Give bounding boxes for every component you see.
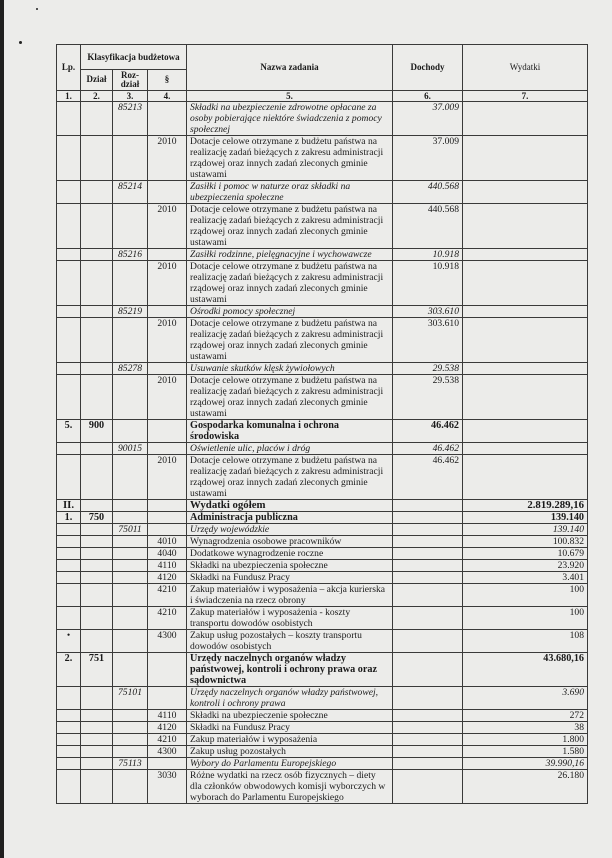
cell-wydatki	[463, 455, 588, 500]
cell-lp	[57, 722, 81, 734]
cell-dochody: 303.610	[393, 318, 463, 363]
table-row-major: II.Wydatki ogółem2.819.289,16	[57, 500, 588, 512]
cell-dzial	[81, 306, 113, 318]
cell-rozdzial	[113, 455, 148, 500]
cell-wydatki: 100	[463, 584, 588, 607]
cell-paragraf: 2010	[148, 204, 187, 249]
cell-rozdzial: 85214	[113, 181, 148, 204]
header-dzial: Dział	[81, 70, 113, 91]
cell-nazwa: Wybory do Parlamentu Europejskiego	[187, 758, 393, 770]
cell-lp: •	[57, 630, 81, 653]
cell-nazwa: Dotacje celowe otrzymane z budżetu państ…	[187, 261, 393, 306]
table-row-paragraf: 2010Dotacje celowe otrzymane z budżetu p…	[57, 455, 588, 500]
cell-paragraf: 4210	[148, 584, 187, 607]
cell-dzial	[81, 363, 113, 375]
cell-dzial	[81, 770, 113, 804]
cell-rozdzial	[113, 261, 148, 306]
table-row-paragraf: 2010Dotacje celowe otrzymane z budżetu p…	[57, 375, 588, 420]
cell-dochody	[393, 536, 463, 548]
cell-wydatki	[463, 136, 588, 181]
table-body: 85213Składki na ubezpieczenie zdrowotne …	[57, 102, 588, 804]
table-row-paragraf: 4210Zakup materiałów i wyposażenia - kos…	[57, 607, 588, 630]
cell-paragraf: 4010	[148, 536, 187, 548]
cell-nazwa: Urzędy wojewódzkie	[187, 524, 393, 536]
table-row-rozdzial: 85219Ośrodki pomocy społecznej303.610	[57, 306, 588, 318]
cell-nazwa: Zakup materiałów i wyposażenia – akcja k…	[187, 584, 393, 607]
cell-rozdzial: 85213	[113, 102, 148, 136]
cell-rozdzial: 85219	[113, 306, 148, 318]
table-row-dzial: 5.900Gospodarka komunalna i ochrona środ…	[57, 420, 588, 443]
cell-dzial	[81, 572, 113, 584]
cell-lp	[57, 102, 81, 136]
cell-dochody: 46.462	[393, 455, 463, 500]
cell-wydatki	[463, 375, 588, 420]
cell-nazwa: Wynagrodzenia osobowe pracowników	[187, 536, 393, 548]
table-row-paragraf: 4010Wynagrodzenia osobowe pracowników100…	[57, 536, 588, 548]
column-number: 4.	[148, 91, 187, 102]
cell-nazwa: Dotacje celowe otrzymane z budżetu państ…	[187, 318, 393, 363]
header-rozdzial: Roz-dział	[113, 70, 148, 91]
cell-paragraf	[148, 500, 187, 512]
cell-paragraf	[148, 758, 187, 770]
cell-wydatki	[463, 420, 588, 443]
cell-wydatki: 100	[463, 607, 588, 630]
table-row-paragraf: 4210Zakup materiałów i wyposażenia1.800	[57, 734, 588, 746]
table-row-dzial: 1.750Administracja publiczna139.140	[57, 512, 588, 524]
cell-rozdzial	[113, 572, 148, 584]
cell-rozdzial	[113, 548, 148, 560]
cell-dzial	[81, 375, 113, 420]
cell-paragraf	[148, 249, 187, 261]
cell-rozdzial	[113, 607, 148, 630]
cell-wydatki: 10.679	[463, 548, 588, 560]
cell-paragraf: 4210	[148, 734, 187, 746]
cell-paragraf	[148, 181, 187, 204]
cell-rozdzial: 85216	[113, 249, 148, 261]
cell-dochody	[393, 572, 463, 584]
cell-wydatki: 100.832	[463, 536, 588, 548]
cell-lp	[57, 710, 81, 722]
cell-lp	[57, 687, 81, 710]
header-klasyfikacja: Klasyfikacja budżetowa	[81, 45, 187, 70]
cell-lp	[57, 318, 81, 363]
header-nazwa: Nazwa zadania	[187, 45, 393, 91]
cell-wydatki: 2.819.289,16	[463, 500, 588, 512]
cell-wydatki	[463, 318, 588, 363]
cell-wydatki: 38	[463, 722, 588, 734]
cell-rozdzial	[113, 630, 148, 653]
cell-lp	[57, 560, 81, 572]
cell-lp	[57, 181, 81, 204]
cell-dzial	[81, 548, 113, 560]
cell-lp	[57, 734, 81, 746]
cell-dochody	[393, 722, 463, 734]
cell-dochody	[393, 512, 463, 524]
table-row-paragraf: 2010Dotacje celowe otrzymane z budżetu p…	[57, 261, 588, 306]
cell-wydatki: 1.580	[463, 746, 588, 758]
cell-wydatki	[463, 306, 588, 318]
cell-lp	[57, 572, 81, 584]
cell-nazwa: Zasiłki rodzinne, pielęgnacyjne i wychow…	[187, 249, 393, 261]
cell-paragraf: 4300	[148, 746, 187, 758]
cell-dzial	[81, 607, 113, 630]
cell-nazwa: Składki na Fundusz Pracy	[187, 722, 393, 734]
cell-paragraf: 4110	[148, 710, 187, 722]
cell-wydatki	[463, 204, 588, 249]
cell-lp	[57, 770, 81, 804]
cell-wydatki: 39.990,16	[463, 758, 588, 770]
cell-paragraf: 4120	[148, 722, 187, 734]
cell-dochody: 46.462	[393, 420, 463, 443]
cell-wydatki: 272	[463, 710, 588, 722]
cell-lp	[57, 306, 81, 318]
cell-nazwa: Wydatki ogółem	[187, 500, 393, 512]
cell-dzial: 751	[81, 653, 113, 687]
table-row-paragraf: 4300Zakup usług pozostałych1.580	[57, 746, 588, 758]
cell-dochody: 10.918	[393, 249, 463, 261]
cell-nazwa: Zakup materiałów i wyposażenia	[187, 734, 393, 746]
column-number-row: 1.2.3.4.5.6.7.	[57, 91, 588, 102]
cell-paragraf: 2010	[148, 318, 187, 363]
cell-dochody	[393, 548, 463, 560]
column-number: 7.	[463, 91, 588, 102]
cell-wydatki: 108	[463, 630, 588, 653]
cell-dzial	[81, 181, 113, 204]
table-row-dzial: 2.751Urzędy naczelnych organów władzy pa…	[57, 653, 588, 687]
header-dochody: Dochody	[393, 45, 463, 91]
cell-lp: 5.	[57, 420, 81, 443]
column-number: 5.	[187, 91, 393, 102]
cell-lp	[57, 363, 81, 375]
cell-lp	[57, 455, 81, 500]
cell-dzial	[81, 710, 113, 722]
cell-rozdzial	[113, 653, 148, 687]
cell-dochody: 29.538	[393, 375, 463, 420]
cell-dochody: 303.610	[393, 306, 463, 318]
cell-nazwa: Dotacje celowe otrzymane z budżetu państ…	[187, 455, 393, 500]
cell-dochody: 29.538	[393, 363, 463, 375]
cell-nazwa: Składki na ubezpieczenie społeczne	[187, 710, 393, 722]
cell-lp	[57, 443, 81, 455]
cell-wydatki: 139.140	[463, 512, 588, 524]
cell-rozdzial	[113, 722, 148, 734]
cell-dochody	[393, 630, 463, 653]
cell-nazwa: Urzędy naczelnych organów władzy państwo…	[187, 653, 393, 687]
table-row-rozdzial: 75101Urzędy naczelnych organów władzy pa…	[57, 687, 588, 710]
cell-dochody	[393, 560, 463, 572]
cell-paragraf: 4040	[148, 548, 187, 560]
cell-wydatki: 23.920	[463, 560, 588, 572]
cell-dzial	[81, 204, 113, 249]
cell-lp	[57, 375, 81, 420]
table-row-rozdzial: 75011Urzędy wojewódzkie139.140	[57, 524, 588, 536]
cell-paragraf	[148, 512, 187, 524]
cell-lp	[57, 524, 81, 536]
cell-dochody: 37.009	[393, 136, 463, 181]
cell-lp: II.	[57, 500, 81, 512]
cell-rozdzial	[113, 136, 148, 181]
cell-dochody: 46.462	[393, 443, 463, 455]
cell-dzial	[81, 500, 113, 512]
cell-lp	[57, 536, 81, 548]
cell-paragraf	[148, 420, 187, 443]
cell-dochody	[393, 607, 463, 630]
cell-paragraf	[148, 524, 187, 536]
cell-wydatki: 26.180	[463, 770, 588, 804]
cell-lp	[57, 548, 81, 560]
table-row-paragraf: 3030Różne wydatki na rzecz osób fizyczny…	[57, 770, 588, 804]
cell-nazwa: Zakup usług pozostałych	[187, 746, 393, 758]
cell-nazwa: Składki na Fundusz Pracy	[187, 572, 393, 584]
cell-dochody	[393, 524, 463, 536]
cell-dzial: 900	[81, 420, 113, 443]
column-number: 3.	[113, 91, 148, 102]
cell-rozdzial	[113, 746, 148, 758]
cell-dochody	[393, 758, 463, 770]
cell-nazwa: Składki na ubezpieczenia społeczne	[187, 560, 393, 572]
cell-lp: 2.	[57, 653, 81, 687]
budget-table: Lp. Klasyfikacja budżetowa Nazwa zadania…	[56, 44, 588, 804]
cell-rozdzial	[113, 512, 148, 524]
cell-paragraf: 2010	[148, 375, 187, 420]
cell-nazwa: Ośrodki pomocy społecznej	[187, 306, 393, 318]
cell-dzial	[81, 758, 113, 770]
cell-lp	[57, 249, 81, 261]
cell-dzial	[81, 443, 113, 455]
table-row-rozdzial: 85214Zasiłki i pomoc w naturze oraz skła…	[57, 181, 588, 204]
cell-dzial	[81, 560, 113, 572]
cell-dochody	[393, 584, 463, 607]
cell-paragraf: 3030	[148, 770, 187, 804]
cell-nazwa: Dotacje celowe otrzymane z budżetu państ…	[187, 136, 393, 181]
table-row-paragraf: 2010Dotacje celowe otrzymane z budżetu p…	[57, 318, 588, 363]
cell-dzial	[81, 102, 113, 136]
cell-rozdzial	[113, 584, 148, 607]
cell-dochody	[393, 710, 463, 722]
cell-rozdzial: 90015	[113, 443, 148, 455]
header-row: Lp. Klasyfikacja budżetowa Nazwa zadania…	[57, 45, 588, 70]
cell-wydatki	[463, 102, 588, 136]
cell-rozdzial	[113, 204, 148, 249]
cell-paragraf: 4110	[148, 560, 187, 572]
cell-rozdzial	[113, 500, 148, 512]
cell-lp	[57, 607, 81, 630]
cell-wydatki	[463, 261, 588, 306]
cell-paragraf	[148, 102, 187, 136]
cell-wydatki: 3.690	[463, 687, 588, 710]
cell-nazwa: Zasiłki i pomoc w naturze oraz składki n…	[187, 181, 393, 204]
cell-lp	[57, 261, 81, 306]
table-row-paragraf: 4120Składki na Fundusz Pracy3.401	[57, 572, 588, 584]
cell-rozdzial	[113, 375, 148, 420]
cell-rozdzial: 85278	[113, 363, 148, 375]
cell-lp: 1.	[57, 512, 81, 524]
cell-nazwa: Zakup materiałów i wyposażenia - koszty …	[187, 607, 393, 630]
cell-nazwa: Administracja publiczna	[187, 512, 393, 524]
cell-paragraf	[148, 653, 187, 687]
cell-dochody: 440.568	[393, 181, 463, 204]
cell-dzial	[81, 687, 113, 710]
cell-dzial	[81, 455, 113, 500]
cell-rozdzial: 75113	[113, 758, 148, 770]
cell-paragraf: 2010	[148, 455, 187, 500]
table-row-rozdzial: 90015Oświetlenie ulic, placów i dróg46.4…	[57, 443, 588, 455]
cell-dochody	[393, 653, 463, 687]
cell-nazwa: Gospodarka komunalna i ochrona środowisk…	[187, 420, 393, 443]
table-row-paragraf: 4120Składki na Fundusz Pracy38	[57, 722, 588, 734]
cell-rozdzial	[113, 536, 148, 548]
cell-lp	[57, 584, 81, 607]
cell-nazwa: Zakup usług pozostałych – koszty transpo…	[187, 630, 393, 653]
scan-page-edge	[0, 0, 4, 858]
cell-rozdzial: 75011	[113, 524, 148, 536]
header-wydatki: Wydatki	[463, 45, 588, 91]
cell-lp	[57, 758, 81, 770]
cell-paragraf	[148, 306, 187, 318]
cell-nazwa: Oświetlenie ulic, placów i dróg	[187, 443, 393, 455]
cell-dzial	[81, 261, 113, 306]
cell-rozdzial	[113, 710, 148, 722]
table-row-rozdzial: 85216Zasiłki rodzinne, pielęgnacyjne i w…	[57, 249, 588, 261]
cell-dzial	[81, 136, 113, 181]
cell-dzial	[81, 734, 113, 746]
cell-dzial	[81, 746, 113, 758]
table-row-paragraf: 4210Zakup materiałów i wyposażenia – akc…	[57, 584, 588, 607]
cell-wydatki	[463, 249, 588, 261]
header-paragraf: §	[148, 70, 187, 91]
cell-paragraf: 4120	[148, 572, 187, 584]
cell-paragraf: 4210	[148, 607, 187, 630]
cell-paragraf: 2010	[148, 136, 187, 181]
cell-dzial	[81, 536, 113, 548]
cell-dochody	[393, 687, 463, 710]
table-row-paragraf: •4300Zakup usług pozostałych – koszty tr…	[57, 630, 588, 653]
header-lp: Lp.	[57, 45, 81, 91]
table-row-rozdzial: 85213Składki na ubezpieczenie zdrowotne …	[57, 102, 588, 136]
cell-dzial	[81, 249, 113, 261]
cell-dochody: 440.568	[393, 204, 463, 249]
cell-dzial	[81, 524, 113, 536]
table-row-paragraf: 2010Dotacje celowe otrzymane z budżetu p…	[57, 204, 588, 249]
cell-dochody: 10.918	[393, 261, 463, 306]
cell-dochody	[393, 734, 463, 746]
cell-wydatki: 3.401	[463, 572, 588, 584]
scan-speck	[19, 41, 22, 44]
cell-dochody	[393, 500, 463, 512]
cell-nazwa: Dotacje celowe otrzymane z budżetu państ…	[187, 204, 393, 249]
column-number: 1.	[57, 91, 81, 102]
cell-rozdzial	[113, 734, 148, 746]
cell-nazwa: Dodatkowe wynagrodzenie roczne	[187, 548, 393, 560]
cell-lp	[57, 746, 81, 758]
cell-dzial	[81, 722, 113, 734]
cell-rozdzial: 75101	[113, 687, 148, 710]
cell-nazwa: Dotacje celowe otrzymane z budżetu państ…	[187, 375, 393, 420]
column-number: 2.	[81, 91, 113, 102]
cell-nazwa: Usuwanie skutków klęsk żywiołowych	[187, 363, 393, 375]
table-row-paragraf: 2010Dotacje celowe otrzymane z budżetu p…	[57, 136, 588, 181]
column-number: 6.	[393, 91, 463, 102]
cell-paragraf	[148, 443, 187, 455]
cell-rozdzial	[113, 560, 148, 572]
cell-dzial	[81, 584, 113, 607]
cell-lp	[57, 204, 81, 249]
cell-wydatki: 1.800	[463, 734, 588, 746]
cell-wydatki: 139.140	[463, 524, 588, 536]
cell-dzial: 750	[81, 512, 113, 524]
table-row-paragraf: 4040Dodatkowe wynagrodzenie roczne10.679	[57, 548, 588, 560]
scan-speck	[36, 8, 38, 10]
cell-paragraf: 2010	[148, 261, 187, 306]
table-row-rozdzial: 75113Wybory do Parlamentu Europejskiego3…	[57, 758, 588, 770]
cell-nazwa: Urzędy naczelnych organów władzy państwo…	[187, 687, 393, 710]
cell-paragraf: 4300	[148, 630, 187, 653]
cell-rozdzial	[113, 420, 148, 443]
cell-wydatki	[463, 363, 588, 375]
table-row-paragraf: 4110Składki na ubezpieczenia społeczne23…	[57, 560, 588, 572]
cell-nazwa: Różne wydatki na rzecz osób fizycznych –…	[187, 770, 393, 804]
cell-paragraf	[148, 363, 187, 375]
cell-dochody	[393, 770, 463, 804]
cell-wydatki	[463, 181, 588, 204]
cell-wydatki: 43.680,16	[463, 653, 588, 687]
cell-rozdzial	[113, 318, 148, 363]
cell-nazwa: Składki na ubezpieczenie zdrowotne opłac…	[187, 102, 393, 136]
table-row-paragraf: 4110Składki na ubezpieczenie społeczne27…	[57, 710, 588, 722]
cell-wydatki	[463, 443, 588, 455]
cell-dochody	[393, 746, 463, 758]
cell-rozdzial	[113, 770, 148, 804]
table-row-rozdzial: 85278Usuwanie skutków klęsk żywiołowych2…	[57, 363, 588, 375]
cell-dzial	[81, 630, 113, 653]
cell-paragraf	[148, 687, 187, 710]
cell-lp	[57, 136, 81, 181]
cell-dochody: 37.009	[393, 102, 463, 136]
cell-dzial	[81, 318, 113, 363]
